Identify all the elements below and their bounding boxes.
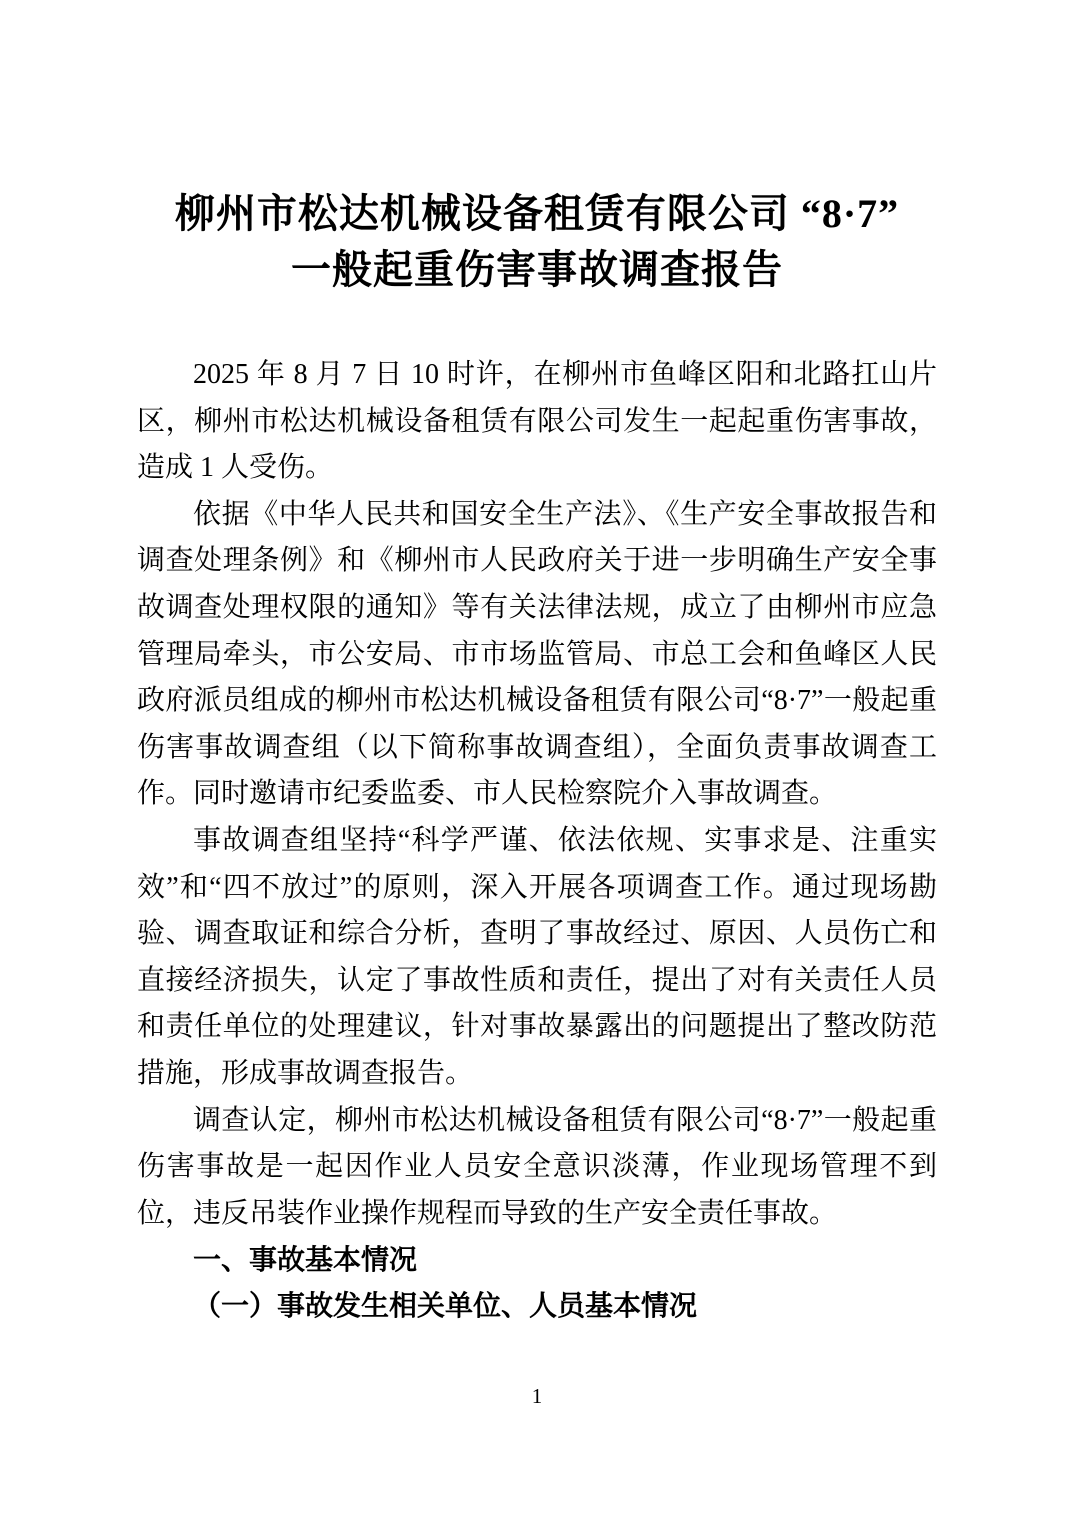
report-body: 2025 年 8 月 7 日 10 时许，在柳州市鱼峰区阳和北路扛山片区，柳州市… [137, 352, 937, 1330]
page-number: 1 [0, 1384, 1074, 1408]
report-title: 柳州市松达机械设备租赁有限公司 “8·7” 一般起重伤害事故调查报告 [137, 186, 937, 298]
section-heading-basic-situation: 一、事故基本情况 [137, 1237, 937, 1284]
document-page: 柳州市松达机械设备租赁有限公司 “8·7” 一般起重伤害事故调查报告 2025 … [0, 0, 1074, 1520]
paragraph-investigation-principles: 事故调查组坚持“科学严谨、依法依规、实事求是、注重实效”和“四不放过”的原则，深… [137, 818, 937, 1098]
paragraph-investigation-team-formation: 依据《中华人民共和国安全生产法》、《生产安全事故报告和调查处理条例》和《柳州市人… [137, 492, 937, 818]
subsection-heading-units-personnel: （一）事故发生相关单位、人员基本情况 [137, 1284, 937, 1331]
paragraph-investigation-conclusion: 调查认定，柳州市松达机械设备租赁有限公司“8·7”一般起重伤害事故是一起因作业人… [137, 1098, 937, 1238]
report-title-line-1: 柳州市松达机械设备租赁有限公司 “8·7” [137, 186, 937, 242]
paragraph-accident-summary: 2025 年 8 月 7 日 10 时许，在柳州市鱼峰区阳和北路扛山片区，柳州市… [137, 352, 937, 492]
report-title-line-2: 一般起重伤害事故调查报告 [137, 242, 937, 298]
document-content: 柳州市松达机械设备租赁有限公司 “8·7” 一般起重伤害事故调查报告 2025 … [137, 0, 937, 1330]
